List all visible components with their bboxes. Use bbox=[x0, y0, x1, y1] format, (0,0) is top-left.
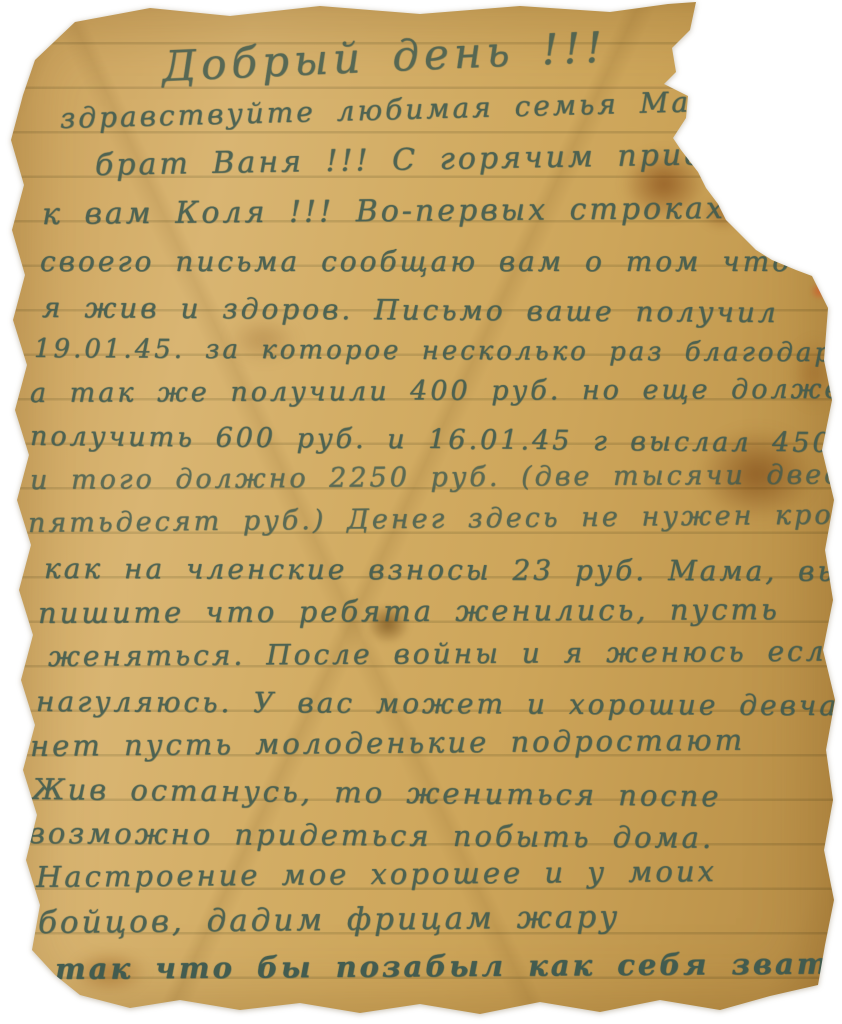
letter-line-16: Жив останусь, то жениться поспе bbox=[32, 772, 722, 813]
letter-line-19: бойцов, дадим фрицам жару bbox=[38, 899, 621, 941]
letter-line-6: 19.01.45. за которое несколько раз благо… bbox=[34, 334, 842, 368]
letter-line-20: так что бы позабыл как себя звать bbox=[55, 946, 842, 986]
scan-background: Добрый день !!! здравствуйте любимая сем… bbox=[0, 0, 842, 1024]
letter-line-12: пишите что ребята женились, пусть bbox=[38, 592, 780, 630]
letter-line-5: я жив и здоров. Письмо ваше получил bbox=[42, 291, 779, 329]
letter-line-9: и того должно 2250 руб. (две тысячи двес… bbox=[30, 459, 842, 496]
letter-line-4: своего письма сообщаю вам о том что bbox=[40, 245, 792, 278]
letter-line-15: нет пусть молоденькие подростают bbox=[30, 723, 745, 763]
letter-line-11: как на членские взносы 23 руб. Мама, вы bbox=[44, 552, 842, 588]
letter-line-7: а так же получили 400 руб. но еще должен bbox=[30, 374, 842, 409]
letter-line-14: нагуляюсь. У вас может и хорошие девчат bbox=[36, 685, 842, 722]
letter-line-13: женяться. После войны и я женюсь если bbox=[48, 634, 842, 673]
letter-line-18: Настроение мое хорошее и у моих bbox=[36, 854, 717, 894]
letter-line-17: возможно придеться побыть дома. bbox=[28, 816, 714, 855]
letter-paper: Добрый день !!! здравствуйте любимая сем… bbox=[0, 0, 842, 1024]
letter-line-3: к вам Коля !!! Во-первых строках bbox=[42, 191, 726, 232]
letter-paper-wrap: Добрый день !!! здравствуйте любимая сем… bbox=[0, 0, 842, 1024]
